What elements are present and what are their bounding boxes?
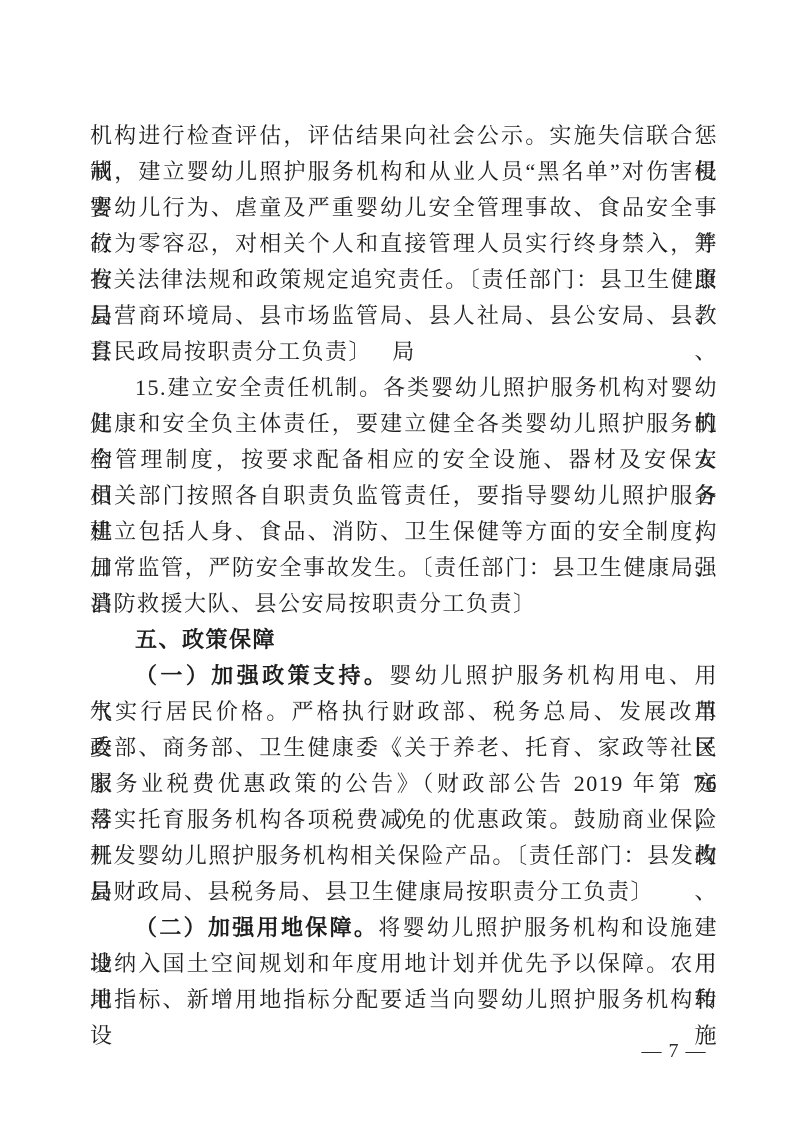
document-body: 机构进行检查评估，评估结果向社会公示。实施失信联合惩戒机制，建立婴幼儿照护服务机… <box>90 118 718 1018</box>
doc-line: 建立包括人身、食品、消防、卫生保健等方面的安全制度，加强 <box>90 514 718 550</box>
text-run: 消防救援大队、县公安局按职责分工负责〕 <box>90 591 537 616</box>
doc-line: （一）加强政策支持。婴幼儿照护服务机构用电、用水、用 <box>90 658 718 694</box>
heading-run: （二）加强用地保障。 <box>135 915 378 940</box>
heading-run: （一）加强政策支持。 <box>135 663 389 688</box>
heading-run: 五、政策保障 <box>135 627 276 652</box>
doc-line: 15.建立安全责任机制。各类婴幼儿照护服务机构对婴幼儿的 <box>90 370 718 406</box>
doc-line: 五、政策保障 <box>90 622 718 658</box>
document-page: 机构进行检查评估，评估结果向社会公示。实施失信联合惩戒机制，建立婴幼儿照护服务机… <box>0 0 793 1122</box>
doc-line: 机构进行检查评估，评估结果向社会公示。实施失信联合惩戒机 <box>90 118 718 154</box>
doc-line: 婴幼儿行为、虐童及严重婴幼儿安全管理事故、食品安全事故等 <box>90 190 718 226</box>
doc-line: 气实行居民价格。严格执行财政部、税务总局、发展改革委、民 <box>90 694 718 730</box>
doc-line: 地纳入国土空间规划和年度用地计划并优先予以保障。农用地转 <box>90 946 718 982</box>
doc-line: 相关部门按照各自职责负监管责任，要指导婴幼儿照护服务机构 <box>90 478 718 514</box>
text-run: 用指标、新增用地指标分配要适当向婴幼儿照护服务机构和设施 <box>90 987 718 1048</box>
doc-line: 全管理制度，按要求配备相应的安全设施、器材及安保人员。各 <box>90 442 718 478</box>
doc-line: 用指标、新增用地指标分配要适当向婴幼儿照护服务机构和设施 <box>90 982 718 1018</box>
doc-line: 开发婴幼儿照护服务机构相关保险产品。〔责任部门：县发改局、 <box>90 838 718 874</box>
doc-line: 消防救援大队、县公安局按职责分工负责〕 <box>90 586 718 622</box>
doc-line: （二）加强用地保障。将婴幼儿照护服务机构和设施建设用 <box>90 910 718 946</box>
doc-line: 落实托育服务机构各项税费减免的优惠政策。鼓励商业保险机构 <box>90 802 718 838</box>
doc-line: 制，建立婴幼儿照护服务机构和从业人员“黑名单”对伤害侵害 <box>90 154 718 190</box>
doc-line: 有关法律法规和政策规定追究责任。〔责任部门：县卫生健康局、 <box>90 262 718 298</box>
doc-line: 政部、商务部、卫生健康委《关于养老、托育、家政等社区家庭 <box>90 730 718 766</box>
doc-line: 县营商环境局、县市场监管局、县人社局、县公安局、县教育局、 <box>90 298 718 334</box>
doc-line: 健康和安全负主体责任，要建立健全各类婴幼儿照护服务机构安 <box>90 406 718 442</box>
doc-line: 行为零容忍，对相关个人和直接管理人员实行终身禁入，并按照 <box>90 226 718 262</box>
doc-line: 日常监管，严防安全事故发生。〔责任部门：县卫生健康局、县 <box>90 550 718 586</box>
text-run: 县民政局按职责分工负责〕 <box>90 339 372 364</box>
page-number: — 7 — <box>639 1038 709 1064</box>
text-run: 县财政局、县税务局、县卫生健康局按职责分工负责〕 <box>90 879 654 904</box>
doc-line: 县财政局、县税务局、县卫生健康局按职责分工负责〕 <box>90 874 718 910</box>
doc-line: 服务业税费优惠政策的公告》（财政部公告 2019 年第 76 号）， <box>90 766 718 802</box>
